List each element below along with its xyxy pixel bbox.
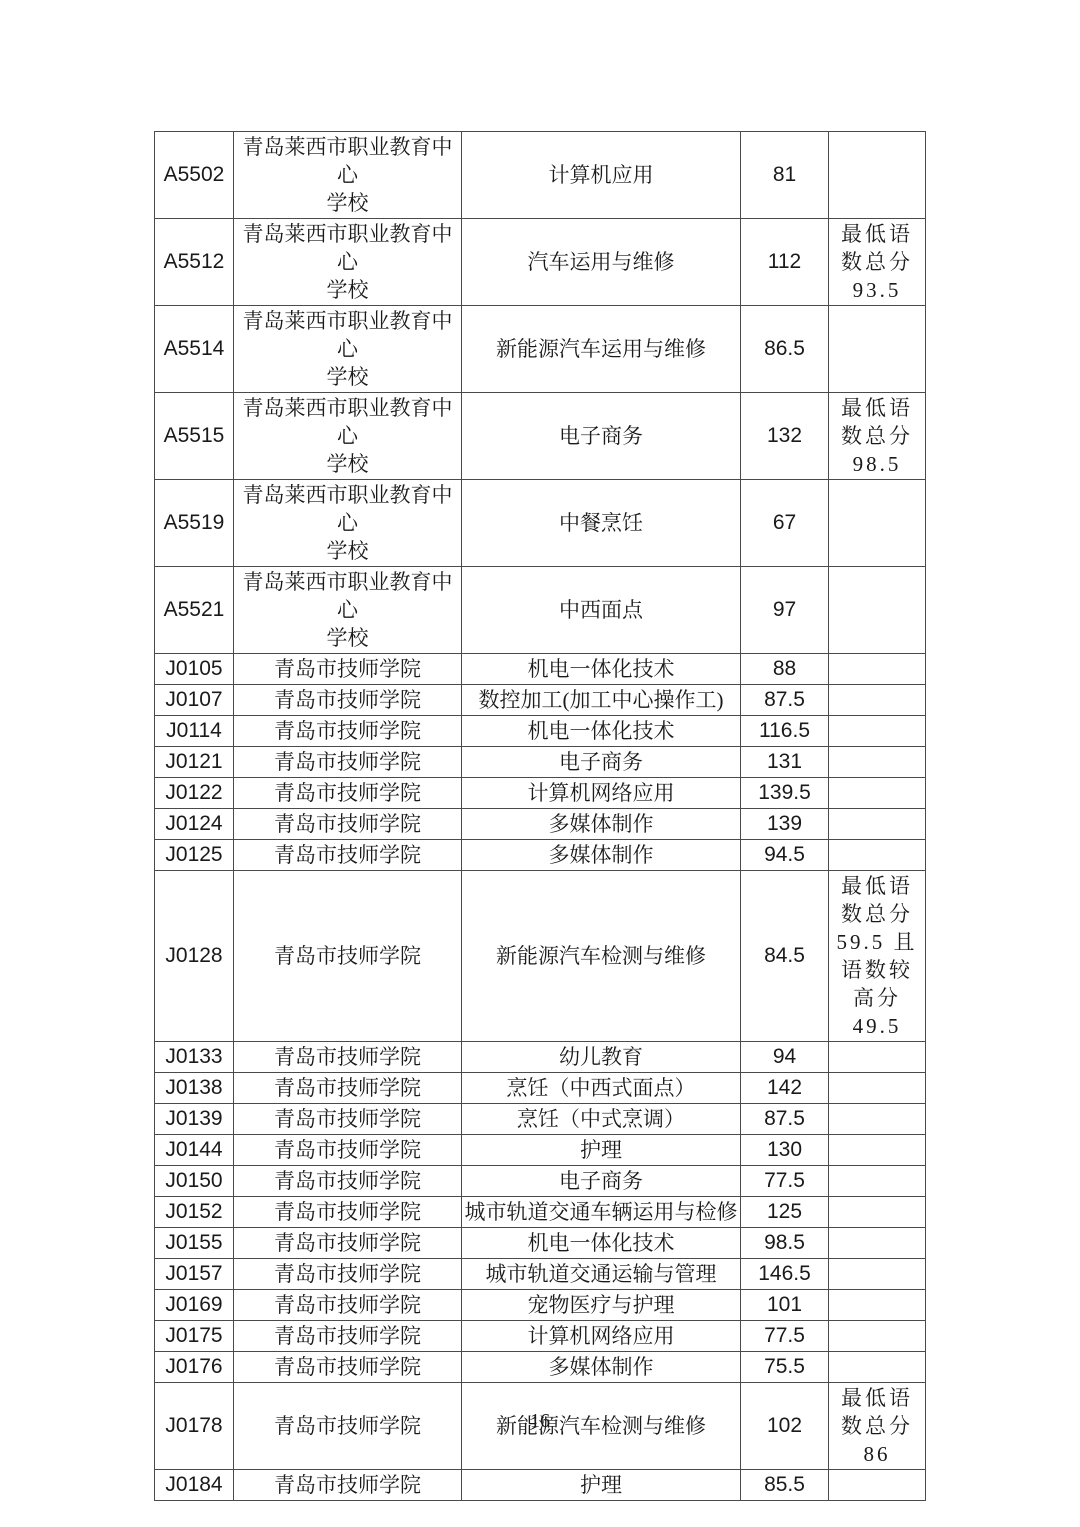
cell-remark bbox=[829, 716, 926, 747]
table-row: J0125 青岛市技师学院 多媒体制作 94.5 bbox=[155, 840, 926, 871]
cell-school-name: 青岛市技师学院 bbox=[234, 685, 462, 716]
cell-plan-code: J0175 bbox=[155, 1321, 234, 1352]
cell-min-score: 139.5 bbox=[741, 778, 829, 809]
table-row: J0169 青岛市技师学院 宠物医疗与护理 101 bbox=[155, 1290, 926, 1321]
cell-major-name: 多媒体制作 bbox=[462, 1352, 741, 1383]
table-row: J0139 青岛市技师学院 烹饪（中式烹调） 87.5 bbox=[155, 1104, 926, 1135]
cell-remark: 最低语 数总分 93.5 bbox=[829, 219, 926, 306]
cell-min-score: 85.5 bbox=[741, 1470, 829, 1501]
cell-remark bbox=[829, 1228, 926, 1259]
cell-major-name: 中餐烹饪 bbox=[462, 480, 741, 567]
cell-min-score: 87.5 bbox=[741, 685, 829, 716]
cell-min-score: 116.5 bbox=[741, 716, 829, 747]
cell-major-name: 新能源汽车检测与维修 bbox=[462, 871, 741, 1042]
cell-min-score: 86.5 bbox=[741, 306, 829, 393]
cell-remark bbox=[829, 132, 926, 219]
cell-remark bbox=[829, 747, 926, 778]
document-page: A5502 青岛莱西市职业教育中心 学校 计算机应用 81 A5512 青岛莱西… bbox=[0, 0, 1080, 1527]
cell-min-score: 84.5 bbox=[741, 871, 829, 1042]
cell-major-name: 计算机网络应用 bbox=[462, 778, 741, 809]
cell-min-score: 94.5 bbox=[741, 840, 829, 871]
table-row: J0133 青岛市技师学院 幼儿教育 94 bbox=[155, 1042, 926, 1073]
table-row: A5515 青岛莱西市职业教育中心 学校 电子商务 132 最低语 数总分 98… bbox=[155, 393, 926, 480]
table-row: J0157 青岛市技师学院 城市轨道交通运输与管理 146.5 bbox=[155, 1259, 926, 1290]
cell-major-name: 电子商务 bbox=[462, 1166, 741, 1197]
cell-min-score: 77.5 bbox=[741, 1166, 829, 1197]
cell-school-name: 青岛市技师学院 bbox=[234, 1197, 462, 1228]
table-row: J0150 青岛市技师学院 电子商务 77.5 bbox=[155, 1166, 926, 1197]
table-row: J0155 青岛市技师学院 机电一体化技术 98.5 bbox=[155, 1228, 926, 1259]
cell-school-name: 青岛市技师学院 bbox=[234, 809, 462, 840]
cell-min-score: 94 bbox=[741, 1042, 829, 1073]
cell-school-name: 青岛市技师学院 bbox=[234, 1166, 462, 1197]
table-row: J0138 青岛市技师学院 烹饪（中西式面点） 142 bbox=[155, 1073, 926, 1104]
cell-school-name: 青岛市技师学院 bbox=[234, 1073, 462, 1104]
cell-school-name: 青岛市技师学院 bbox=[234, 747, 462, 778]
cell-school-name: 青岛市技师学院 bbox=[234, 1104, 462, 1135]
cell-plan-code: A5512 bbox=[155, 219, 234, 306]
cell-major-name: 幼儿教育 bbox=[462, 1042, 741, 1073]
cell-min-score: 112 bbox=[741, 219, 829, 306]
cell-remark bbox=[829, 685, 926, 716]
cell-major-name: 宠物医疗与护理 bbox=[462, 1290, 741, 1321]
cell-plan-code: J0114 bbox=[155, 716, 234, 747]
cell-plan-code: J0157 bbox=[155, 1259, 234, 1290]
cell-plan-code: J0122 bbox=[155, 778, 234, 809]
cell-remark bbox=[829, 567, 926, 654]
cell-school-name: 青岛市技师学院 bbox=[234, 840, 462, 871]
cell-remark bbox=[829, 306, 926, 393]
cell-remark bbox=[829, 1166, 926, 1197]
cell-school-name: 青岛市技师学院 bbox=[234, 654, 462, 685]
table-row: A5514 青岛莱西市职业教育中心 学校 新能源汽车运用与维修 86.5 bbox=[155, 306, 926, 393]
table-row: J0175 青岛市技师学院 计算机网络应用 77.5 bbox=[155, 1321, 926, 1352]
table-row: J0124 青岛市技师学院 多媒体制作 139 bbox=[155, 809, 926, 840]
cell-major-name: 多媒体制作 bbox=[462, 809, 741, 840]
cell-plan-code: J0144 bbox=[155, 1135, 234, 1166]
cell-school-name: 青岛市技师学院 bbox=[234, 778, 462, 809]
cell-plan-code: J0124 bbox=[155, 809, 234, 840]
cell-major-name: 机电一体化技术 bbox=[462, 716, 741, 747]
cell-min-score: 125 bbox=[741, 1197, 829, 1228]
cell-min-score: 130 bbox=[741, 1135, 829, 1166]
cell-major-name: 电子商务 bbox=[462, 747, 741, 778]
cell-remark bbox=[829, 778, 926, 809]
cell-school-name: 青岛莱西市职业教育中心 学校 bbox=[234, 219, 462, 306]
cell-major-name: 烹饪（中式烹调） bbox=[462, 1104, 741, 1135]
cell-major-name: 电子商务 bbox=[462, 393, 741, 480]
cell-remark bbox=[829, 1321, 926, 1352]
cell-plan-code: A5521 bbox=[155, 567, 234, 654]
page-number: 16 bbox=[0, 1410, 1080, 1433]
cell-remark: 最低语 数总分 98.5 bbox=[829, 393, 926, 480]
cell-plan-code: J0169 bbox=[155, 1290, 234, 1321]
cell-major-name: 烹饪（中西式面点） bbox=[462, 1073, 741, 1104]
cell-major-name: 城市轨道交通运输与管理 bbox=[462, 1259, 741, 1290]
cell-school-name: 青岛市技师学院 bbox=[234, 871, 462, 1042]
table-row: J0114 青岛市技师学院 机电一体化技术 116.5 bbox=[155, 716, 926, 747]
cell-remark bbox=[829, 1104, 926, 1135]
cell-remark bbox=[829, 1470, 926, 1501]
cell-school-name: 青岛莱西市职业教育中心 学校 bbox=[234, 480, 462, 567]
cell-school-name: 青岛市技师学院 bbox=[234, 1228, 462, 1259]
table-row: A5512 青岛莱西市职业教育中心 学校 汽车运用与维修 112 最低语 数总分… bbox=[155, 219, 926, 306]
cell-plan-code: J0133 bbox=[155, 1042, 234, 1073]
cell-plan-code: J0107 bbox=[155, 685, 234, 716]
cell-remark bbox=[829, 1290, 926, 1321]
cell-remark bbox=[829, 809, 926, 840]
cell-min-score: 131 bbox=[741, 747, 829, 778]
cell-plan-code: J0152 bbox=[155, 1197, 234, 1228]
cell-plan-code: J0125 bbox=[155, 840, 234, 871]
cell-remark bbox=[829, 654, 926, 685]
cell-major-name: 城市轨道交通车辆运用与检修 bbox=[462, 1197, 741, 1228]
cell-plan-code: J0128 bbox=[155, 871, 234, 1042]
cell-major-name: 数控加工(加工中心操作工) bbox=[462, 685, 741, 716]
cell-min-score: 67 bbox=[741, 480, 829, 567]
cell-min-score: 88 bbox=[741, 654, 829, 685]
table-row: A5521 青岛莱西市职业教育中心 学校 中西面点 97 bbox=[155, 567, 926, 654]
cell-plan-code: J0150 bbox=[155, 1166, 234, 1197]
cell-plan-code: A5515 bbox=[155, 393, 234, 480]
cell-min-score: 146.5 bbox=[741, 1259, 829, 1290]
cell-school-name: 青岛市技师学院 bbox=[234, 716, 462, 747]
cell-plan-code: J0184 bbox=[155, 1470, 234, 1501]
cell-min-score: 81 bbox=[741, 132, 829, 219]
cell-plan-code: J0139 bbox=[155, 1104, 234, 1135]
cell-school-name: 青岛市技师学院 bbox=[234, 1321, 462, 1352]
cell-remark bbox=[829, 1352, 926, 1383]
cell-min-score: 98.5 bbox=[741, 1228, 829, 1259]
cell-major-name: 新能源汽车运用与维修 bbox=[462, 306, 741, 393]
cell-plan-code: J0176 bbox=[155, 1352, 234, 1383]
cell-major-name: 机电一体化技术 bbox=[462, 1228, 741, 1259]
cell-school-name: 青岛莱西市职业教育中心 学校 bbox=[234, 132, 462, 219]
cell-major-name: 汽车运用与维修 bbox=[462, 219, 741, 306]
cell-plan-code: A5519 bbox=[155, 480, 234, 567]
table-row: J0107 青岛市技师学院 数控加工(加工中心操作工) 87.5 bbox=[155, 685, 926, 716]
cell-min-score: 132 bbox=[741, 393, 829, 480]
cell-major-name: 中西面点 bbox=[462, 567, 741, 654]
table-row: J0152 青岛市技师学院 城市轨道交通车辆运用与检修 125 bbox=[155, 1197, 926, 1228]
table-row: J0122 青岛市技师学院 计算机网络应用 139.5 bbox=[155, 778, 926, 809]
cell-school-name: 青岛市技师学院 bbox=[234, 1352, 462, 1383]
admission-score-table: A5502 青岛莱西市职业教育中心 学校 计算机应用 81 A5512 青岛莱西… bbox=[154, 131, 926, 1501]
cell-remark bbox=[829, 1259, 926, 1290]
cell-min-score: 97 bbox=[741, 567, 829, 654]
cell-min-score: 139 bbox=[741, 809, 829, 840]
cell-min-score: 87.5 bbox=[741, 1104, 829, 1135]
cell-major-name: 计算机网络应用 bbox=[462, 1321, 741, 1352]
table-row: A5502 青岛莱西市职业教育中心 学校 计算机应用 81 bbox=[155, 132, 926, 219]
cell-school-name: 青岛市技师学院 bbox=[234, 1470, 462, 1501]
cell-remark bbox=[829, 480, 926, 567]
cell-min-score: 75.5 bbox=[741, 1352, 829, 1383]
cell-school-name: 青岛莱西市职业教育中心 学校 bbox=[234, 393, 462, 480]
cell-major-name: 机电一体化技术 bbox=[462, 654, 741, 685]
cell-remark bbox=[829, 1135, 926, 1166]
cell-min-score: 101 bbox=[741, 1290, 829, 1321]
cell-remark bbox=[829, 840, 926, 871]
cell-school-name: 青岛莱西市职业教育中心 学校 bbox=[234, 306, 462, 393]
cell-major-name: 计算机应用 bbox=[462, 132, 741, 219]
table-row: J0128 青岛市技师学院 新能源汽车检测与维修 84.5 最低语 数总分 59… bbox=[155, 871, 926, 1042]
table-row: J0121 青岛市技师学院 电子商务 131 bbox=[155, 747, 926, 778]
cell-plan-code: J0155 bbox=[155, 1228, 234, 1259]
cell-remark: 最低语 数总分 59.5 且 语数较 高分 49.5 bbox=[829, 871, 926, 1042]
table-row: J0184 青岛市技师学院 护理 85.5 bbox=[155, 1470, 926, 1501]
table-row: A5519 青岛莱西市职业教育中心 学校 中餐烹饪 67 bbox=[155, 480, 926, 567]
cell-school-name: 青岛市技师学院 bbox=[234, 1259, 462, 1290]
cell-major-name: 多媒体制作 bbox=[462, 840, 741, 871]
cell-plan-code: A5502 bbox=[155, 132, 234, 219]
cell-school-name: 青岛市技师学院 bbox=[234, 1135, 462, 1166]
cell-major-name: 护理 bbox=[462, 1470, 741, 1501]
cell-remark bbox=[829, 1197, 926, 1228]
cell-major-name: 护理 bbox=[462, 1135, 741, 1166]
cell-plan-code: J0105 bbox=[155, 654, 234, 685]
table-row: J0144 青岛市技师学院 护理 130 bbox=[155, 1135, 926, 1166]
cell-remark bbox=[829, 1073, 926, 1104]
table-row: J0176 青岛市技师学院 多媒体制作 75.5 bbox=[155, 1352, 926, 1383]
cell-plan-code: J0138 bbox=[155, 1073, 234, 1104]
cell-school-name: 青岛市技师学院 bbox=[234, 1290, 462, 1321]
cell-min-score: 142 bbox=[741, 1073, 829, 1104]
score-table-body: A5502 青岛莱西市职业教育中心 学校 计算机应用 81 A5512 青岛莱西… bbox=[155, 132, 926, 1501]
cell-plan-code: J0121 bbox=[155, 747, 234, 778]
cell-remark bbox=[829, 1042, 926, 1073]
cell-school-name: 青岛市技师学院 bbox=[234, 1042, 462, 1073]
cell-school-name: 青岛莱西市职业教育中心 学校 bbox=[234, 567, 462, 654]
table-row: J0105 青岛市技师学院 机电一体化技术 88 bbox=[155, 654, 926, 685]
cell-plan-code: A5514 bbox=[155, 306, 234, 393]
cell-min-score: 77.5 bbox=[741, 1321, 829, 1352]
